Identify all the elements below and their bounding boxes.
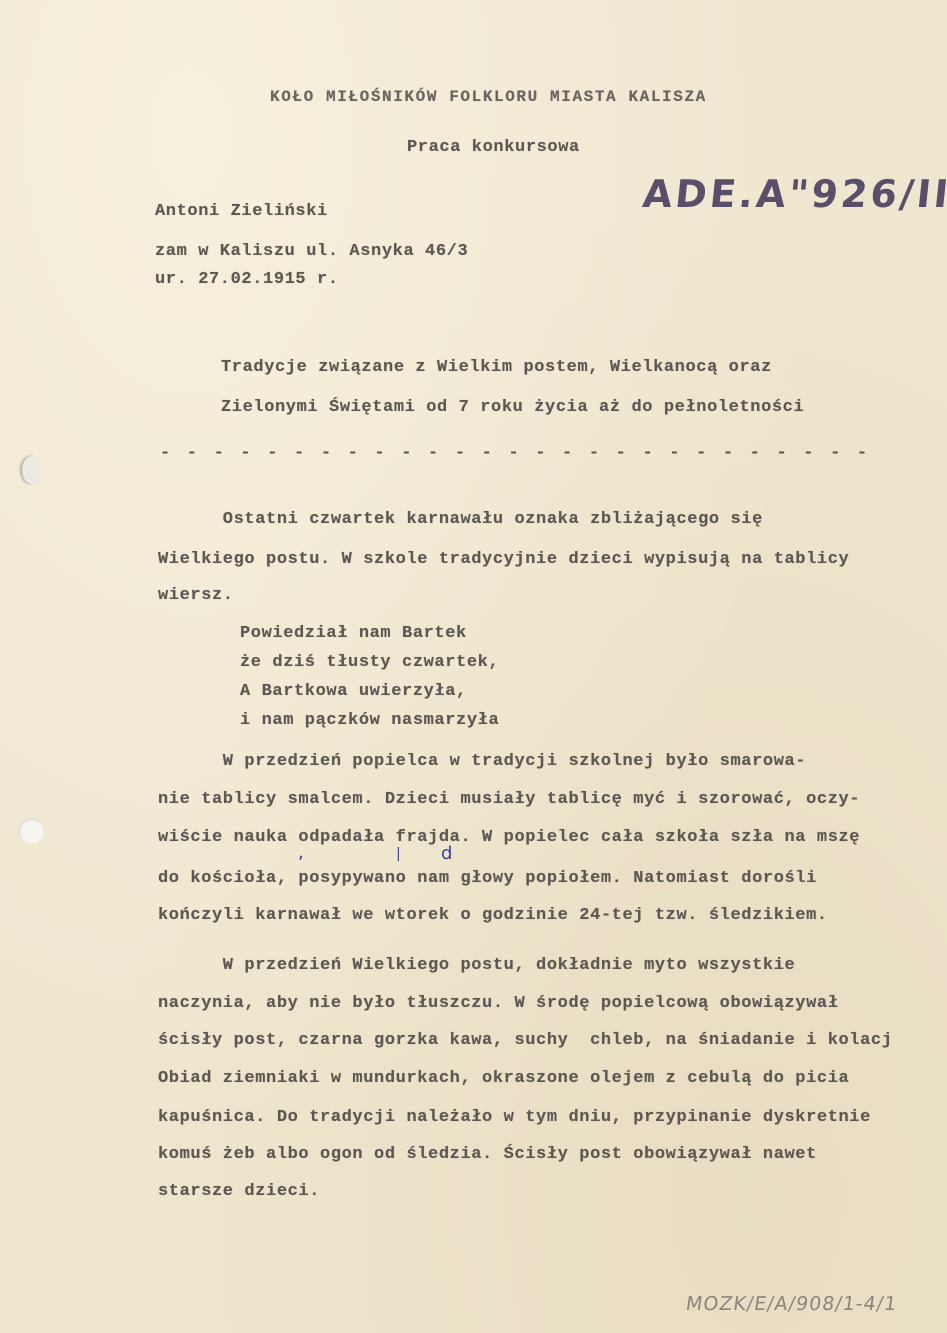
paragraph-3-line: ścisły post, czarna gorzka kawa, suchy c… [158, 1031, 893, 1050]
essay-title-line-2: Zielonymi Świętami od 7 roku życia aż do… [221, 398, 804, 417]
author-birth-date: ur. 27.02.1915 r. [155, 270, 339, 289]
paragraph-3-line: kapuśnica. Do tradycji należało w tym dn… [158, 1108, 871, 1127]
paragraph-2-line: kończyli karnawał we wtorek o godzinie 2… [158, 906, 828, 925]
punch-hole [22, 456, 42, 484]
pen-correction-mark: | [396, 846, 401, 862]
essay-title-line-1: Tradycje związane z Wielkim postem, Wiel… [221, 358, 772, 377]
archive-code-handwritten: ADE.A"926/III [641, 172, 947, 216]
poem-line: i nam pączków nasmarzyła [240, 711, 499, 730]
paragraph-2-line: wiście nauka odpadała frajda. W popielec… [158, 828, 860, 847]
paragraph-1-line: Ostatni czwartek karnawału oznaka zbliża… [158, 510, 763, 529]
organization-header: KOŁO MIŁOŚNIKÓW FOLKLORU MIASTA KALISZA [270, 88, 707, 106]
paragraph-2-line: nie tablicy smalcem. Dzieci musiały tabl… [158, 790, 860, 809]
dashed-separator: - - - - - - - - - - - - - - - - - - - - … [160, 444, 870, 463]
paragraph-1-line: Wielkiego postu. W szkole tradycyjnie dz… [158, 550, 849, 569]
paragraph-3-line: starsze dzieci. [158, 1182, 320, 1201]
poem-line: A Bartkowa uwierzyła, [240, 682, 467, 701]
pen-correction-comma: , [298, 842, 304, 863]
paragraph-2-line: W przedzień popielca w tradycji szkolnej… [158, 752, 806, 771]
paragraph-3-line: Obiad ziemniaki w mundurkach, okraszone … [158, 1069, 849, 1088]
punch-hole [18, 818, 44, 844]
pen-correction-mark: d [441, 843, 452, 864]
paragraph-2-line: do kościoła, posypywano nam głowy popioł… [158, 869, 817, 888]
poem-line: że dziś tłusty czwartek, [240, 653, 499, 672]
paragraph-1-line: wiersz. [158, 586, 234, 605]
paragraph-3-line: naczynia, aby nie było tłuszczu. W środę… [158, 994, 839, 1013]
author-name: Antoni Zieliński [155, 202, 328, 221]
document-subtitle: Praca konkursowa [407, 138, 580, 157]
document-page: KOŁO MIŁOŚNIKÓW FOLKLORU MIASTA KALISZA … [0, 0, 947, 1333]
paragraph-3-line: komuś żeb albo ogon od śledzia. Ścisły p… [158, 1145, 817, 1164]
archive-reference-pencil: MOZK/E/A/908/1-4/1 [684, 1293, 898, 1315]
paragraph-3-line: W przedzień Wielkiego postu, dokładnie m… [158, 956, 795, 975]
author-address: zam w Kaliszu ul. Asnyka 46/3 [155, 242, 468, 261]
poem-line: Powiedział nam Bartek [240, 624, 467, 643]
